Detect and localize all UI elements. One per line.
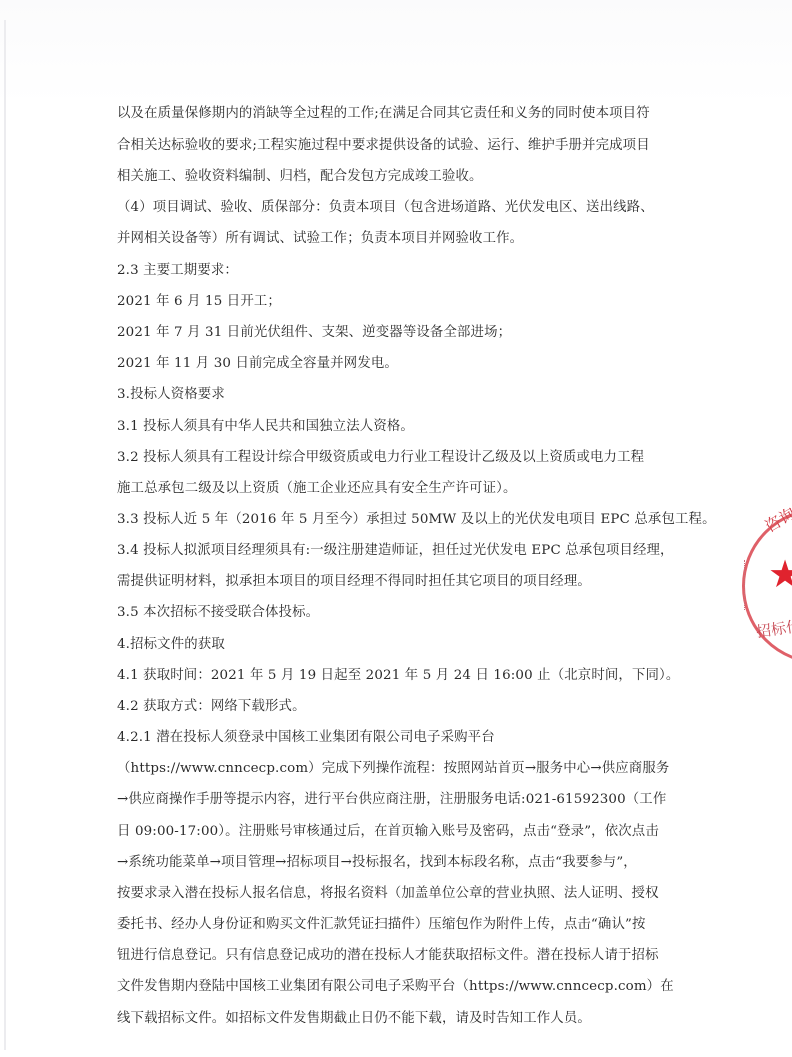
seal-dotted-arc xyxy=(744,560,755,610)
scan-edge xyxy=(4,20,6,1050)
text-line: 文件发售期内登陆中国核工业集团有限公司电子采购平台（https://www.cn… xyxy=(117,978,674,996)
text-line: 合相关达标验收的要求;工程实施过程中要求提供设备的试验、运行、维护手册并完成项目 xyxy=(117,137,650,155)
text-line: （4）项目调试、验收、质保部分：负责本项目（包含进场道路、光伏发电区、送出线路、 xyxy=(117,199,654,217)
text-line: 4.2 获取方式：网络下载形式。 xyxy=(117,698,306,716)
star-icon: ★ xyxy=(768,555,792,593)
text-line: →供应商操作手册等提示内容，进行平台供应商注册，注册服务电话:021-61592… xyxy=(117,791,666,809)
section-heading: 3.投标人资格要求 xyxy=(117,386,225,404)
text-line: 以及在质量保修期内的消缺等全过程的工作;在满足合同其它责任和义务的同时使本项目符 xyxy=(117,105,650,123)
text-line: 按要求录入潜在投标人报名信息，将报名资料（加盖单位公章的营业执照、法人证明、授权 xyxy=(117,885,659,903)
section-heading: 2.3 主要工期要求： xyxy=(117,262,238,280)
text-line: 日 09:00-17:00）。注册账号审核通过后，在首页输入账号及密码，点击“登… xyxy=(117,823,659,841)
text-line: 委托书、经办人身份证和购买文件汇款凭证扫描件）压缩包作为附件上传，点击“确认”按 xyxy=(117,916,646,934)
text-line: 3.2 投标人须具有工程设计综合甲级资质或电力行业工程设计乙级及以上资质或电力工… xyxy=(117,449,644,467)
text-line: 2021 年 6 月 15 日开工； xyxy=(117,293,281,311)
text-line: 4.1 获取时间：2021 年 5 月 19 日起至 2021 年 5 月 24… xyxy=(117,667,679,685)
text-line: 线下载招标文件。如招标文件发售期截止日仍不能下载，请及时告知工作人员。 xyxy=(117,1010,591,1028)
document-page: 以及在质量保修期内的消缺等全过程的工作;在满足合同其它责任和义务的同时使本项目符… xyxy=(0,0,792,1057)
text-line: 相关施工、验收资料编制、归档，配合发包方完成竣工验收。 xyxy=(117,168,483,186)
text-line: →系统功能菜单→项目管理→招标项目→投标报名，找到本标段名称，点击“我要参与”， xyxy=(117,854,637,872)
text-line: 并网相关设备等）所有调试、试验工作；负责本项目并网验收工作。 xyxy=(117,230,523,248)
text-line: 4.2.1 潜在投标人须登录中国核工业集团有限公司电子采购平台 xyxy=(117,729,495,747)
text-line: 3.3 投标人近 5 年（2016 年 5 月至今）承担过 50MW 及以上的光… xyxy=(117,511,716,529)
text-line: 需提供证明材料，拟承担本项目的项目经理不得同时担任其它项目的项目经理。 xyxy=(117,573,591,591)
text-line: 钮进行信息登记。只有信息登记成功的潜在投标人才能获取招标文件。潜在投标人请于招标 xyxy=(117,947,659,965)
text-line: 3.4 投标人拟派项目经理须具有:一级注册建造师证，担任过光伏发电 EPC 总承… xyxy=(117,542,674,560)
text-line: 2021 年 11 月 30 日前完成全容量并网发电。 xyxy=(117,355,398,373)
text-line: 施工总承包二级及以上资质（施工企业还应具有安全生产许可证）。 xyxy=(117,480,517,498)
text-line: 3.1 投标人须具有中华人民共和国独立法人资格。 xyxy=(117,418,414,436)
section-heading: 4.招标文件的获取 xyxy=(117,636,225,654)
text-line: 3.5 本次招标不接受联合体投标。 xyxy=(117,604,319,622)
text-line: 2021 年 7 月 31 日前光伏组件、支架、逆变器等设备全部进场； xyxy=(117,324,511,342)
text-line: （https://www.cnncecp.com）完成下列操作流程：按照网站首页… xyxy=(117,760,669,778)
